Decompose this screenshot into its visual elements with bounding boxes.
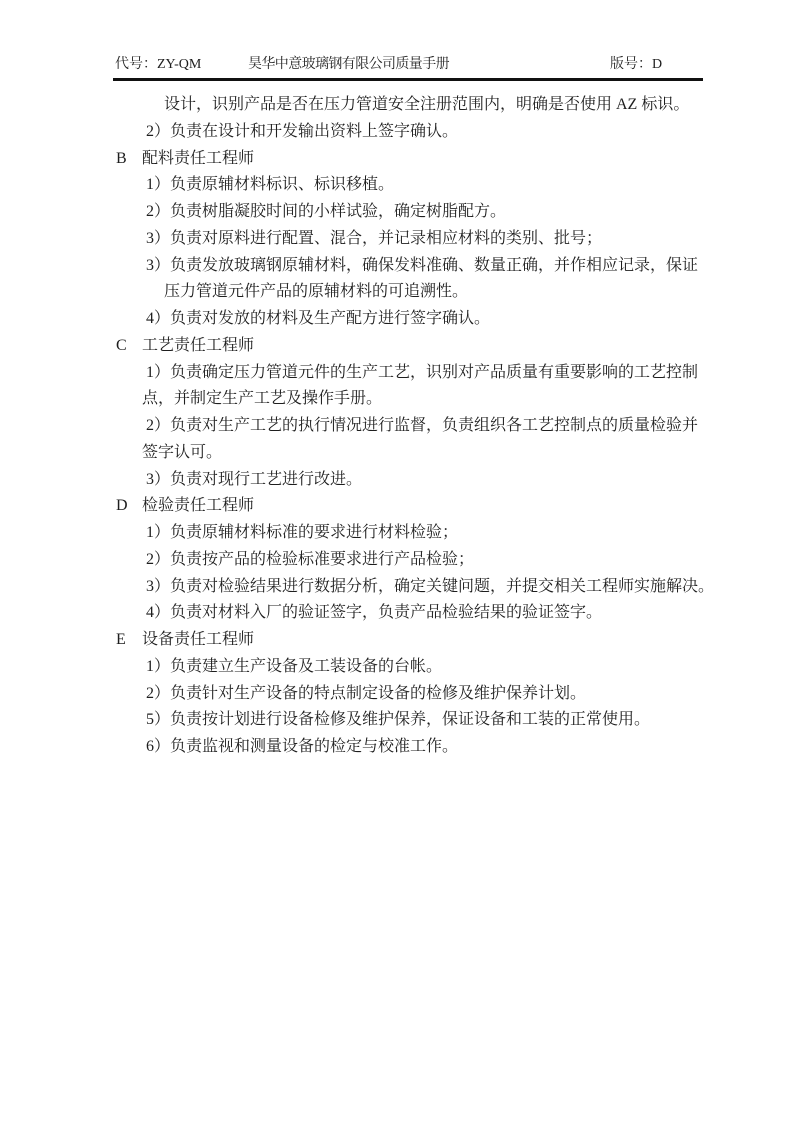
section-letter: B	[116, 146, 127, 173]
list-item: 4）负责对发放的材料及生产配方进行签字确认。	[115, 306, 715, 333]
list-item: 3）负责对原料进行配置、混合，并记录相应材料的类别、批号；	[115, 226, 715, 253]
list-item: 1）负责确定压力管道元件的生产工艺，识别对产品质量有重要影响的工艺控制	[115, 360, 715, 387]
list-item: 2）负责按产品的检验标准要求进行产品检验；	[115, 547, 715, 574]
document-body: 设计，识别产品是否在压力管道安全注册范围内，明确是否使用 AZ 标识。 2）负责…	[115, 92, 715, 761]
document-page: 代号：ZY-QM 昊华中意玻璃钢有限公司质量手册 版号：D 设计，识别产品是否在…	[0, 0, 800, 1131]
section-letter: D	[116, 493, 128, 520]
list-item: 1）负责原辅材料标准的要求进行材料检验；	[115, 520, 715, 547]
continuation-line: 压力管道元件产品的原辅材料的可追溯性。	[115, 279, 715, 306]
continuation-line: 点，并制定生产工艺及操作手册。	[115, 386, 715, 413]
section-letter: C	[116, 333, 127, 360]
section-letter: E	[116, 627, 126, 654]
list-item: 3）负责发放玻璃钢原辅材料，确保发料准确、数量正确，并作相应记录，保证	[115, 253, 715, 280]
section-title: 配料责任工程师	[142, 150, 254, 167]
list-item: 2）负责在设计和开发输出资料上签字确认。	[115, 119, 715, 146]
doc-version-label: 版号：D	[610, 53, 662, 73]
continuation-line: 签字认可。	[115, 440, 715, 467]
list-item: 5）负责按计划进行设备检修及维护保养，保证设备和工装的正常使用。	[115, 707, 715, 734]
list-item: 1）负责原辅材料标识、标识移植。	[115, 172, 715, 199]
section-title: 设备责任工程师	[142, 631, 254, 648]
doc-title: 昊华中意玻璃钢有限公司质量手册	[248, 53, 449, 73]
section-heading-c: C 工艺责任工程师	[115, 333, 715, 360]
list-item: 3）负责对现行工艺进行改进。	[115, 467, 715, 494]
list-item: 3）负责对检验结果进行数据分析，确定关键问题，并提交相关工程师实施解决。	[115, 574, 715, 601]
list-item: 2）负责树脂凝胶时间的小样试验，确定树脂配方。	[115, 199, 715, 226]
list-item: 2）负责针对生产设备的特点制定设备的检修及维护保养计划。	[115, 681, 715, 708]
page-header: 代号：ZY-QM 昊华中意玻璃钢有限公司质量手册 版号：D	[113, 47, 703, 81]
section-heading-d: D 检验责任工程师	[115, 493, 715, 520]
section-title: 工艺责任工程师	[142, 337, 254, 354]
section-heading-b: B 配料责任工程师	[115, 146, 715, 173]
list-item: 4）负责对材料入厂的验证签字，负责产品检验结果的验证签字。	[115, 600, 715, 627]
doc-code-label: 代号：ZY-QM	[115, 53, 201, 73]
section-heading-e: E 设备责任工程师	[115, 627, 715, 654]
list-item: 1）负责建立生产设备及工装设备的台帐。	[115, 654, 715, 681]
section-title: 检验责任工程师	[142, 497, 254, 514]
list-item: 2）负责对生产工艺的执行情况进行监督，负责组织各工艺控制点的质量检验并	[115, 413, 715, 440]
continuation-line: 设计，识别产品是否在压力管道安全注册范围内，明确是否使用 AZ 标识。	[115, 92, 715, 119]
list-item: 6）负责监视和测量设备的检定与校准工作。	[115, 734, 715, 761]
